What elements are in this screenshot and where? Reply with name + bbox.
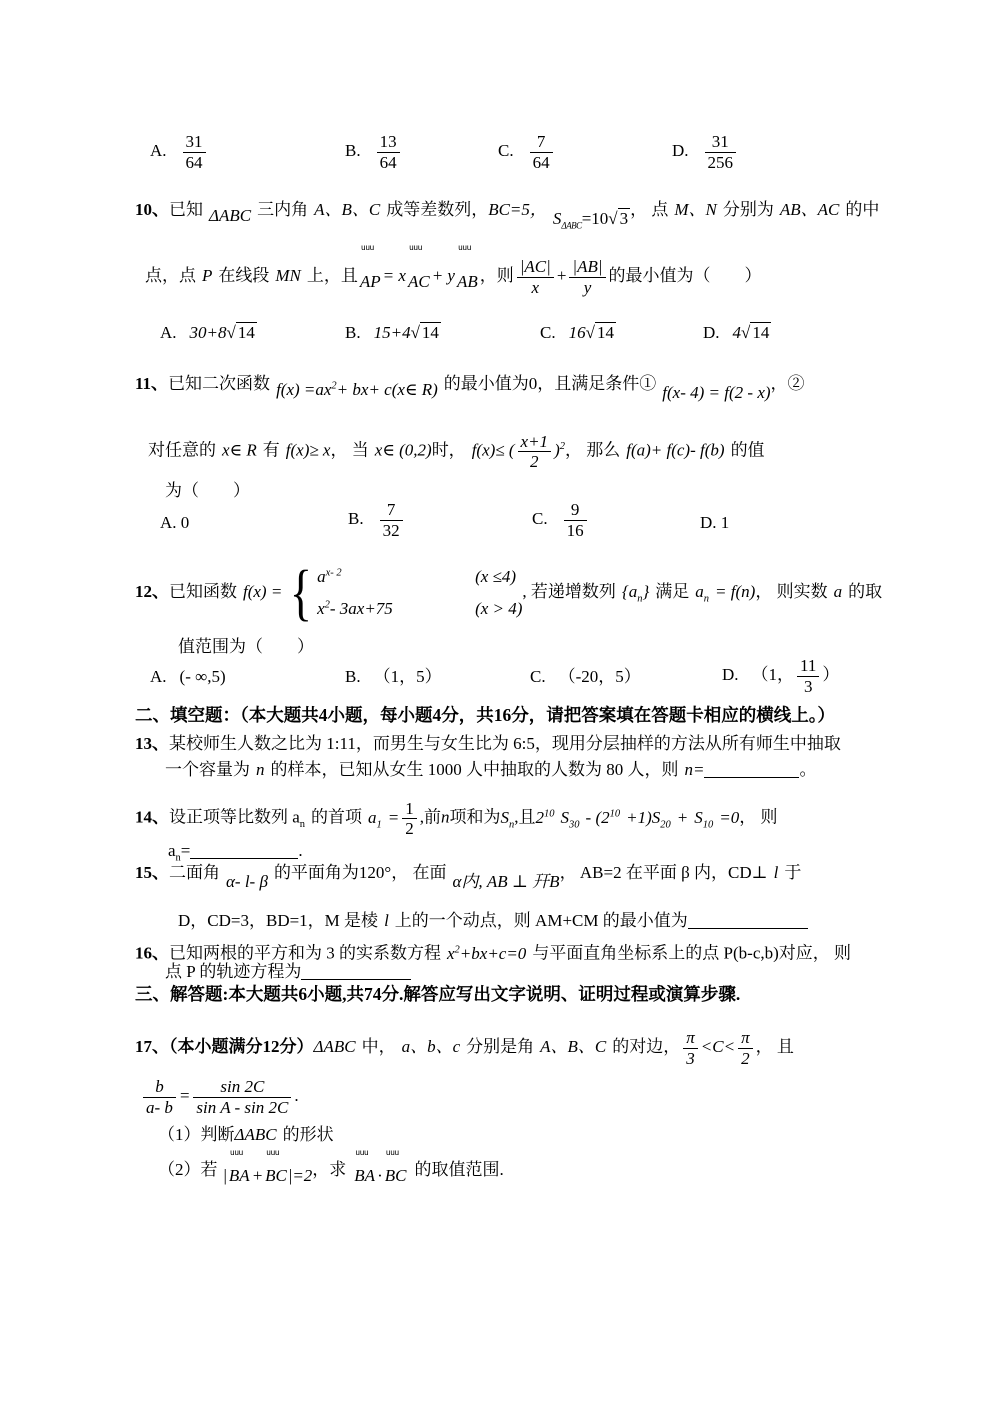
quadratic-formula: f(x) =ax2+ bx+ c(x∈ R)	[276, 380, 438, 399]
fraction: 732	[380, 500, 403, 540]
area-formula: SΔABC=10√3	[553, 209, 630, 228]
answer-blank	[301, 962, 411, 980]
cases-brace: {	[290, 567, 312, 620]
sqrt: √14	[411, 322, 441, 342]
option-d: D.31256	[672, 132, 739, 172]
vector-arrow-mark: uuu	[458, 244, 471, 252]
question-10-line-2: 点，点P在线段MN上，且uuuAP= xuuuAC+ yuuuAB，则|AC|x…	[145, 245, 762, 307]
option-b: B.15+4√14	[345, 320, 441, 346]
vector-arrow-mark: uuu	[266, 1149, 279, 1157]
fraction: 31256	[705, 132, 737, 172]
question-12-line-1: 12、已知函数f(x) ={ax- 2(x ≤4)x2- 3ax+75(x > …	[135, 556, 882, 628]
option-a: A.(- ∞,5)	[150, 664, 226, 690]
vector-arrow-mark: uuu	[409, 244, 422, 252]
vector-arrow-mark: uuu	[355, 1149, 368, 1157]
equation: x2+bx+c=0	[447, 944, 526, 963]
question-number: 17、	[135, 1037, 169, 1056]
question-number: 15、	[135, 863, 169, 882]
fraction: sin 2Csin A - sin 2C	[193, 1077, 291, 1117]
answer-blank	[688, 911, 808, 929]
vector-arrow-mark: uuu	[361, 244, 374, 252]
vector-BA: uuuBA	[229, 1156, 250, 1196]
fraction: 764	[530, 132, 553, 172]
vector-AC: uuuAC	[408, 251, 430, 313]
question-13-line-1: 13、某校师生人数之比为 1:11，而男生与女生比为 6:5，现用分层抽样的方法…	[135, 731, 841, 757]
question-11-line-1: 11、已知二次函数f(x) =ax2+ bx+ c(x∈ R)的最小值为0，且满…	[135, 371, 805, 406]
answer-blank	[704, 760, 799, 778]
question-number: 14、	[135, 808, 169, 827]
sum-equation: 210S30- (210+1)S20+S10=0	[536, 808, 740, 827]
question-number: 16、	[135, 944, 169, 963]
fraction: 113	[797, 656, 819, 696]
sum-symbol: Sn	[501, 808, 515, 827]
question-17-item-1: （1）判断ΔABC的形状	[158, 1122, 334, 1148]
question-14-line-1: 14、设正项等比数列 an的首项a1=12,前n项和为Sn,且210S30- (…	[135, 788, 777, 840]
sqrt: √14	[227, 322, 257, 342]
option-b: B.732	[348, 500, 406, 540]
option-b: B.1364	[345, 132, 403, 172]
question-number: 12、	[135, 582, 169, 601]
question-11-line-2: 对任意的x∈ R有f(x)≥ x， 当x∈ (0,2)时，f(x)≤ (x+12…	[148, 423, 765, 471]
question-9-options-row: A.3164 B.1364 C.764 D.31256	[0, 132, 1000, 188]
option-a: A.30+8√14	[160, 320, 257, 346]
seq-braces: {an}	[622, 582, 649, 601]
option-c-label: C.	[498, 141, 514, 160]
option-d: D. 1	[700, 510, 729, 536]
option-d: D.（1，113）	[722, 656, 839, 696]
fraction: x+12	[518, 432, 552, 472]
vector-arrow-mark: uuu	[230, 1149, 243, 1157]
fraction: 916	[564, 500, 587, 540]
vector-BC: uuuBC	[265, 1156, 287, 1196]
question-12-options-row: A.(- ∞,5) B.（1，5） C.（-20，5） D.（1，113）	[0, 656, 1000, 704]
sqrt: √3	[608, 208, 630, 228]
sqrt: √14	[586, 322, 616, 342]
option-d-label: D.	[672, 141, 689, 160]
case-row-2: x2- 3ax+75(x > 4)	[317, 593, 522, 625]
question-number: 11、	[135, 374, 168, 393]
vector-BA: uuuBA	[354, 1156, 375, 1196]
question-10-line-1: 10、已知ΔABC三内角A、B、C成等差数列，BC=5，SΔABC=10√3， …	[135, 197, 879, 238]
fraction: 12	[402, 799, 417, 839]
fraction: π3	[683, 1028, 698, 1068]
question-15-line-1: 15、二面角α- l- β的平面角为120°， 在面α内, AB ⊥ 幵B， A…	[135, 860, 801, 895]
sqrt: √14	[741, 322, 771, 342]
vector-BC: uuuBC	[385, 1156, 407, 1196]
question-10-options-row: A.30+8√14 B.15+4√14 C.16√14 D.4√14	[0, 320, 1000, 354]
question-11-options-row: A. 0 B.732 C.916 D. 1	[0, 500, 1000, 546]
fraction: |AC|x	[517, 257, 554, 297]
vector-magnitude: |uuuBA+uuuBC|=2	[224, 1166, 313, 1185]
question-13-line-2: 一个容量为n的样本，已知从女生 1000 人中抽取的人数为 80 人，则n=。	[165, 757, 816, 783]
fraction: ba- b	[143, 1077, 176, 1117]
option-d: D.4√14	[703, 320, 771, 346]
fraction: π2	[738, 1028, 753, 1068]
option-a-label: A.	[150, 141, 167, 160]
option-a: A. 0	[160, 510, 189, 536]
option-c: C.16√14	[540, 320, 616, 346]
option-c: C.916	[532, 500, 590, 540]
fraction: 1364	[377, 132, 400, 172]
vector-AP: uuuAP	[360, 251, 381, 313]
fraction: |AB|y	[569, 257, 605, 297]
question-15-line-2: D，CD=3，BD=1，M 是棱l上的一个动点，则 AM+CM 的最小值为	[178, 908, 808, 934]
answer-blank	[190, 841, 298, 859]
option-a: A.3164	[150, 132, 209, 172]
piecewise-cases: ax- 2(x ≤4)x2- 3ax+75(x > 4)	[317, 561, 522, 626]
option-c: C.（-20，5）	[530, 664, 641, 690]
option-c: C.764	[498, 132, 556, 172]
option-b: B.（1，5）	[345, 664, 442, 690]
fraction: 3164	[183, 132, 206, 172]
first-term: a1=	[368, 808, 399, 827]
question-number: 10、	[135, 200, 169, 219]
dot-product: uuuBA·uuuBC	[352, 1166, 408, 1185]
option-b-label: B.	[345, 141, 361, 160]
question-17-line-1: 17、（本小题满分12分）ΔABC中，a、b、c分别是角A、B、C的对边，π3<…	[135, 1022, 794, 1072]
case-row-1: ax- 2(x ≤4)	[317, 561, 522, 593]
vector-AB: uuuAB	[457, 251, 478, 313]
section-2-header: 二、填空题：（本大题共4小题，每小题4分，共16分，请把答案填在答题卡相应的横线…	[135, 702, 835, 728]
question-17-line-2: ba- b=sin 2Csin A - sin 2C.	[140, 1070, 299, 1122]
vector-arrow-mark: uuu	[386, 1149, 399, 1157]
math-exam-page: A.3164 B.1364 C.764 D.31256 10、已知ΔABC三内角…	[0, 0, 1000, 1415]
question-number: 13、	[135, 734, 169, 753]
question-17-item-2: （2）若|uuuBA+uuuBC|=2，求uuuBA·uuuBC的取值范围.	[158, 1150, 504, 1190]
seq-formula: an= f(n)	[695, 582, 755, 601]
section-3-header: 三、解答题:本大题共6小题,共74分.解答应写出文字说明、证明过程或演算步骤.	[135, 981, 740, 1007]
